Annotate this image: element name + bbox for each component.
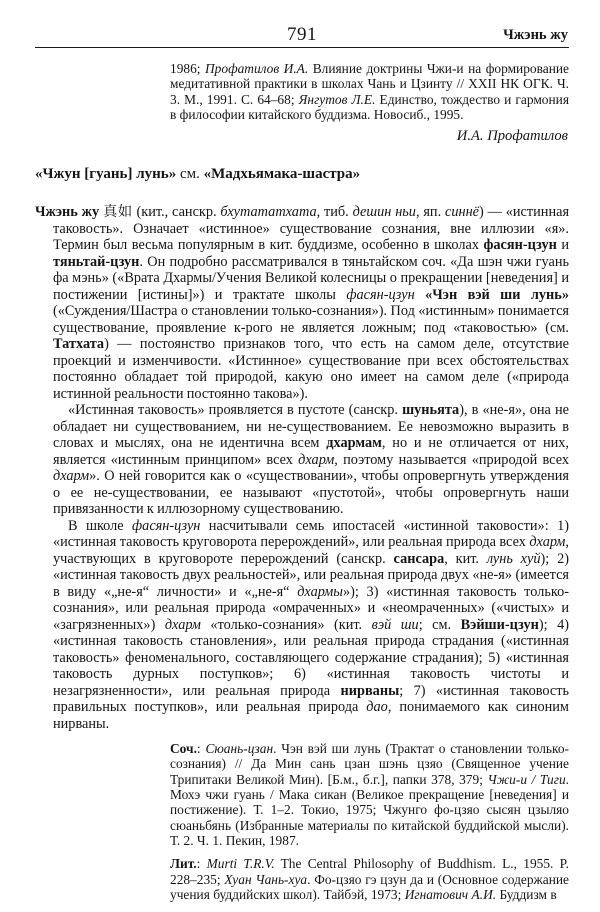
page-header: 791 Чжэнь жу [35,23,569,46]
entry-paragraph-seven-hypostases: В школе фасян-цзун насчитывали семь ипос… [35,518,569,733]
running-head: Чжэнь жу [503,27,568,44]
previous-entry-bibliography: 1986; Профатилов И.А. Влияние доктрины Ч… [170,61,569,122]
entry-paragraph-definition: Чжэнь жу 真如 (кит., санскр. бхутататхата,… [35,204,569,402]
entry-chzhen-zhu: Чжэнь жу 真如 (кит., санскр. бхутататхата,… [35,204,569,732]
literature-block: Лит.: Murti T.R.V. The Central Philosoph… [170,856,569,902]
entry-paragraph-true-suchness: «Истинная таковость» проявляется в пусто… [35,402,569,518]
author-signature: И.А. Профатилов [35,128,568,145]
sources-block: Соч.: Сюань-цзан. Чэн вэй ши лунь (Тракт… [170,741,569,848]
cross-reference-entry: «Чжун [гуань] лунь» см. «Мадхьямака-шаст… [35,165,569,183]
header-rule [35,47,569,48]
page-number: 791 [35,23,569,46]
dictionary-page: 791 Чжэнь жу 1986; Профатилов И.А. Влиян… [0,0,600,912]
